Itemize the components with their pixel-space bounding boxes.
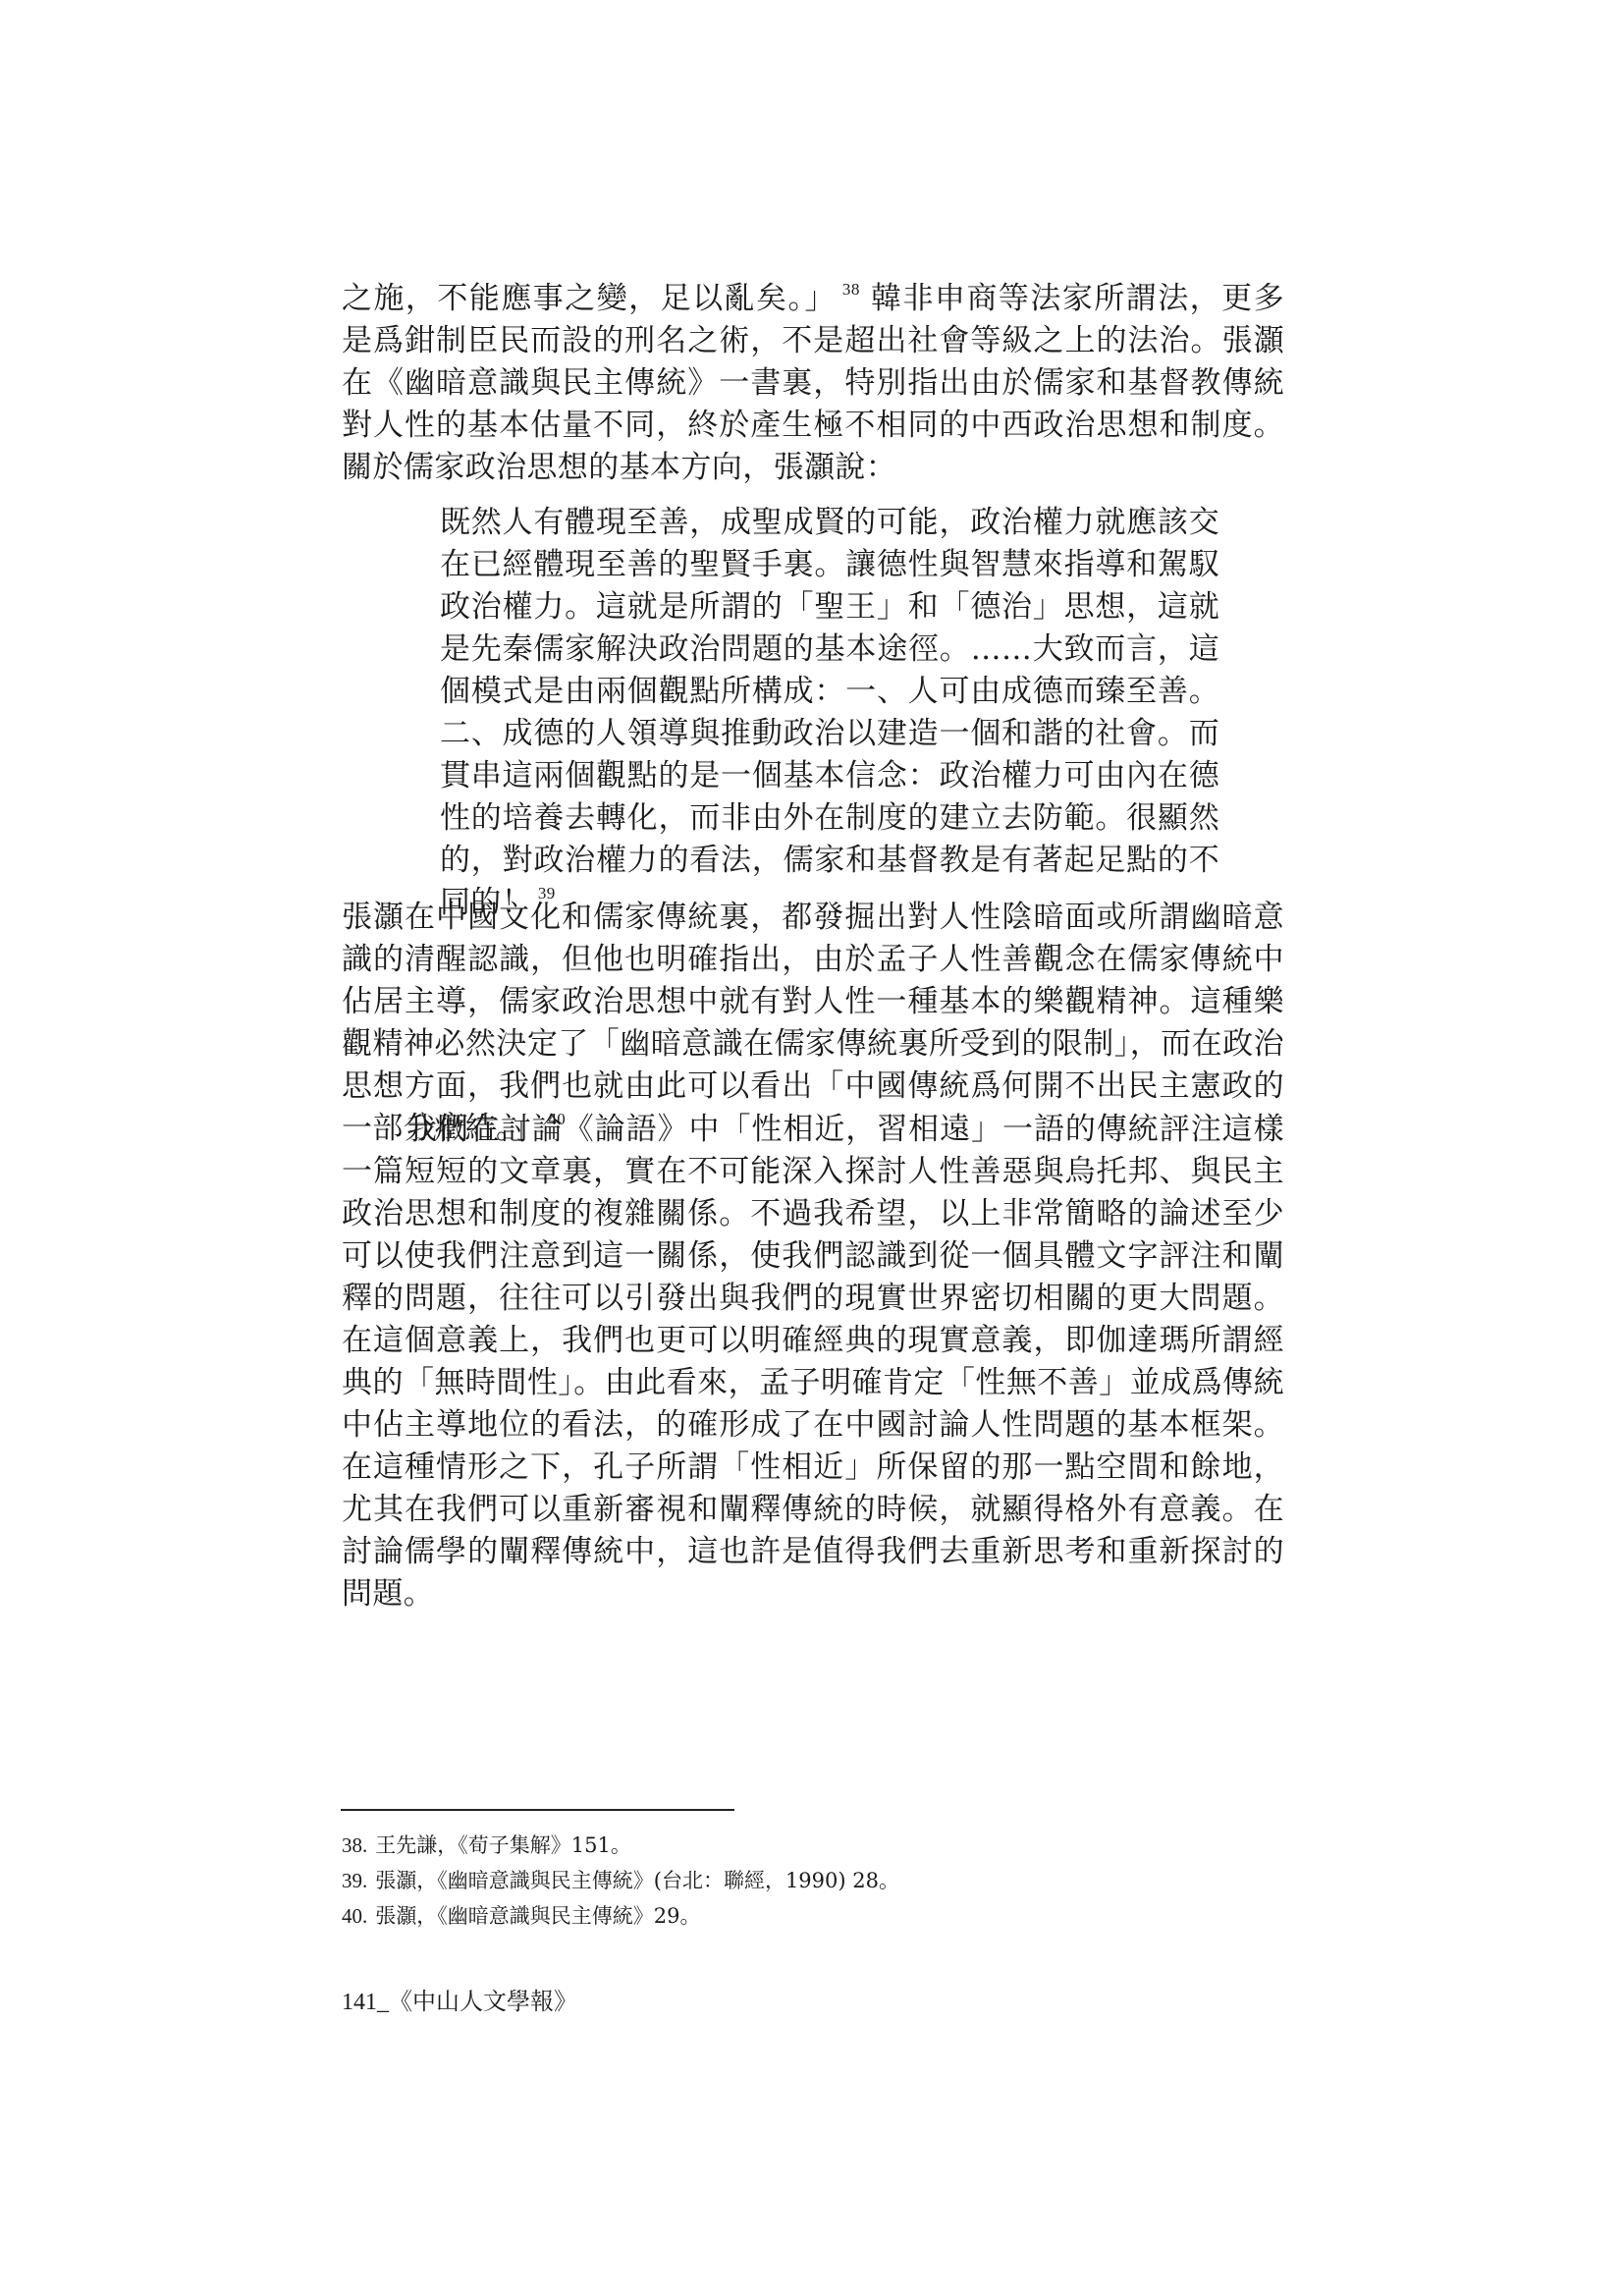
footnote-ref-38[interactable]: 38 xyxy=(842,280,860,299)
paragraph-1-lead: 之施，不能應事之變，足以亂矣。」 xyxy=(342,281,837,316)
journal-title: 《中山人文學報》 xyxy=(389,1988,577,2015)
footnote-text: 張灝，《幽暗意識與民主傳統》29。 xyxy=(375,1904,700,1928)
footnote-number: 39. xyxy=(342,1869,367,1892)
paragraph-3: 我們在討論《論語》中「性相近，習相遠」一語的傳統評注這樣一篇短短的文章裏，實在不… xyxy=(342,1109,1284,1615)
block-quote: 既然人有體現至善，成聖成賢的可能，政治權力就應該交在已經體現至善的聖賢手裏。讓德… xyxy=(440,502,1219,924)
paragraph-3-text: 我們在討論《論語》中「性相近，習相遠」一語的傳統評注這樣一篇短短的文章裏，實在不… xyxy=(342,1109,1284,1615)
footnote-number: 38. xyxy=(342,1833,367,1857)
document-page: 之施，不能應事之變，足以亂矣。」38 韓非申商等法家所謂法，更多是爲鉗制臣民而設… xyxy=(0,0,1623,2296)
footnote-39: 39.張灝，《幽暗意識與民主傳統》(台北：聯經，1990) 28。 xyxy=(342,1863,899,1898)
footnote-text: 王先謙，《荀子集解》151。 xyxy=(375,1833,631,1857)
footnotes: 38.王先謙，《荀子集解》151。 39.張灝，《幽暗意識與民主傳統》(台北：聯… xyxy=(342,1828,899,1934)
footnote-separator xyxy=(341,1809,734,1811)
footnote-number: 40. xyxy=(342,1904,367,1928)
page-footer: 141_《中山人文學報》 xyxy=(342,1987,577,2017)
footnote-text: 張灝，《幽暗意識與民主傳統》(台北：聯經，1990) 28。 xyxy=(375,1869,899,1892)
footnote-38: 38.王先謙，《荀子集解》151。 xyxy=(342,1828,899,1863)
block-quote-text: 既然人有體現至善，成聖成賢的可能，政治權力就應該交在已經體現至善的聖賢手裏。讓德… xyxy=(440,505,1219,920)
paragraph-1: 之施，不能應事之變，足以亂矣。」38 韓非申商等法家所謂法，更多是爲鉗制臣民而設… xyxy=(342,278,1284,489)
footnote-40: 40.張灝，《幽暗意識與民主傳統》29。 xyxy=(342,1898,899,1934)
paragraph-1-text: 之施，不能應事之變，足以亂矣。」38 韓非申商等法家所謂法，更多是爲鉗制臣民而設… xyxy=(342,278,1284,489)
page-number: 141_ xyxy=(342,1990,389,2015)
